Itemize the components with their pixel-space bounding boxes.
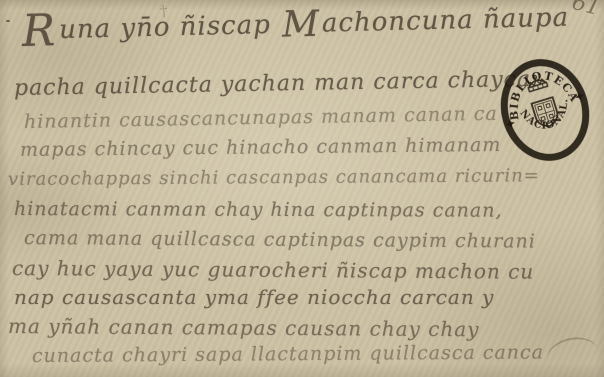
manuscript-line: nap causascanta yma ffee nioccha carcan …	[14, 285, 494, 309]
ink-speck	[6, 20, 10, 22]
folio-number-mark: 61	[569, 0, 602, 21]
manuscript-line: cunacta chayri sapa llactanpim quillcasc…	[32, 341, 544, 367]
manuscript-line: hinatacmi canman chay hina captinpas can…	[14, 198, 503, 222]
manuscript-page: † 61 Runa yn̄o ñiscap Machoncuna ñaupa p…	[0, 0, 604, 377]
manuscript-line: Runa yn̄o ñiscap Machoncuna ñaupa	[22, 3, 570, 46]
manuscript-line: ma yñah canan camapas causan chay chay	[8, 314, 480, 341]
manuscript-line: hinantin causascancunapas manam canan ca	[24, 103, 498, 133]
initial-capital-m: M	[282, 4, 321, 46]
manuscript-text: achoncuna ñaupa	[322, 3, 570, 39]
manuscript-line: cama mana quillcasca captinpas caypim ch…	[24, 227, 536, 253]
initial-capital-r: R	[21, 5, 56, 57]
ink-swash	[544, 333, 599, 361]
manuscript-line: mapas chincay cuc hinacho canman himanam	[20, 134, 502, 161]
manuscript-text: una yn̄o ñiscap	[59, 10, 281, 45]
manuscript-line: cay huc yaya yuc guarocheri ñiscap macho…	[12, 256, 534, 284]
manuscript-line: pacha quillcacta yachan man carca chayca	[14, 67, 532, 101]
manuscript-line: viracochappas sinchi cascanpas canancama…	[8, 165, 540, 190]
